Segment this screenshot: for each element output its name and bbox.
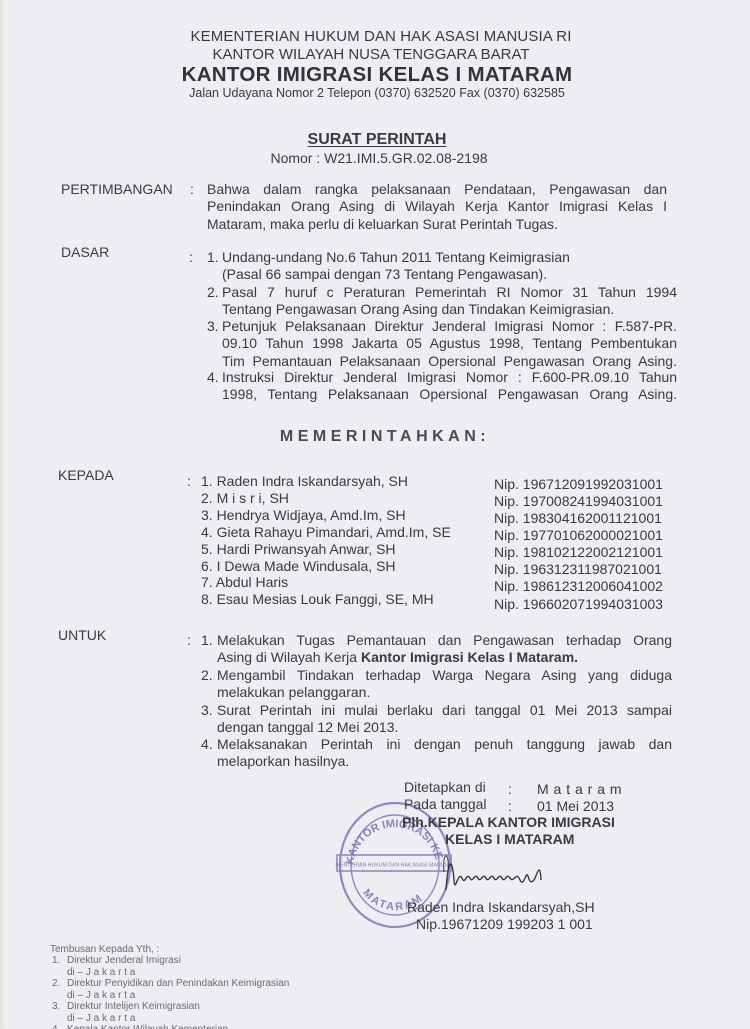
signer-name: Raden Indra Iskandarsyah,SH [407,899,595,915]
kepada-person-nip: Nip. 196712091992031001 [494,476,663,492]
tembusan-item-number: 1. [52,955,60,967]
dasar-item-2-text: Pasal 7 huruf c Peraturan Pemerintah RI … [222,284,677,319]
kepada-person-name: 7. Abdul Haris [201,574,288,590]
stamp-band-text: KEMENTERIAN HUKUM DAN HAK ASASI MANUSIA … [335,863,453,869]
memerintahkan-heading: MEMERINTAHKAN: [10,428,750,446]
office-name-inline: Kantor Imigrasi Kelas I Mataram. [361,649,578,665]
untuk-item-2: 2. [201,667,213,684]
kepada-person-name: 1. Raden Indra Iskandarsyah, SH [201,473,408,489]
dasar-item-3-text: Petunjuk Pelaksanaan Direktur Jenderal I… [222,318,677,370]
kepada-person-nip: Nip. 198102122002121001 [494,544,663,560]
date-value: 01 Mei 2013 [537,798,614,814]
dasar-item-4-text: Instruksi Direktur Jenderal Imigrasi Nom… [222,369,677,404]
dasar-item-4: 4. [207,369,219,386]
pertimbangan-colon: : [190,181,194,197]
tembusan-item-number: 3. [52,1001,60,1013]
date-label: Pada tanggal [404,796,487,812]
document-title: SURAT PERINTAH [2,131,750,149]
tembusan-item-location: di – J a k a r t a [67,967,135,979]
dasar-item-2: 2. [207,284,219,301]
handwritten-signature [440,850,560,900]
dasar-item-1: 1. [207,249,219,266]
tembusan-item-recipient: Direktur Jenderal Imigrasi [67,955,181,967]
dasar-colon: : [189,249,193,265]
kepada-person-name: 4. Gieta Rahayu Pimandari, Amd.Im, SE [201,524,451,540]
dasar-item-1-text: Undang-undang No.6 Tahun 2011 Tentang Ke… [222,249,677,284]
untuk-item-4-text: Melaksanakan Perintah ini dengan penuh t… [217,736,672,771]
kepada-person-nip: Nip. 196602071994031003 [494,596,663,612]
kepada-person-name: 3. Hendrya Widjaya, Amd.Im, SH [201,507,406,523]
untuk-item-1: 1. [201,632,213,649]
place-label: Ditetapkan di [404,779,486,795]
signer-nip: Nip.19671209 199203 1 001 [416,916,593,932]
tembusan-item-location: di – J a k a r t a [67,1013,135,1025]
tembusan-item-recipient: Direktur Intelijen Keimigrasian [67,1001,200,1013]
regional-office-name: KANTOR WILAYAH NUSA TENGGARA BARAT [0,46,746,63]
kepada-person-name: 5. Hardi Priwansyah Anwar, SH [201,541,396,557]
kepada-label: KEPADA [58,467,114,483]
kepada-person-nip: Nip. 198304162001121001 [494,510,662,526]
untuk-item-4: 4. [201,736,213,753]
untuk-colon: : [187,632,191,648]
tembusan-heading: Tembusan Kepada Yth, : [50,944,159,956]
date-colon: : [508,798,512,814]
tembusan-item-location: di – J a k a r t a [67,990,135,1002]
office-address: Jalan Udayana Nomor 2 Telepon (0370) 632… [2,86,750,100]
kepada-person-nip: Nip. 197008241994031001 [494,493,663,509]
pertimbangan-label: PERTIMBANGAN [61,181,173,197]
untuk-item-1-text: Melakukan Tugas Pemantauan dan Pengawasa… [217,632,672,667]
dasar-item-3: 3. [207,318,219,335]
tembusan-item-recipient: Kepala Kantor Wilayah Kementerian [67,1024,228,1029]
ministry-name: KEMENTERIAN HUKUM DAN HAK ASASI MANUSIA … [6,28,750,45]
untuk-item-3-text: Surat Perintah ini mulai berlaku dari ta… [217,702,672,737]
kepada-person-nip: Nip. 196312311987021001 [494,561,662,577]
kepada-person-nip: Nip. 197701062000021001 [494,527,663,543]
position-line-1: Plh.KEPALA KANTOR IMIGRASI [402,814,615,830]
untuk-item-3: 3. [201,702,213,719]
kepada-colon: : [187,473,191,489]
place-colon: : [508,781,512,797]
document-number: Nomor : W21.IMI.5.GR.02.08-2198 [4,150,750,166]
position-line-2: KELAS I MATARAM [445,831,574,847]
kepada-person-name: 2. M i s r i, SH [201,490,289,506]
kepada-person-name: 6. I Dewa Made Windusala, SH [201,558,396,574]
office-name: KANTOR IMIGRASI KELAS I MATARAM [2,63,750,87]
untuk-label: UNTUK [58,627,106,643]
tembusan-item-number: 2. [52,978,60,990]
untuk-item-2-text: Mengambil Tindakan terhadap Warga Negara… [217,667,672,702]
dasar-label: DASAR [61,244,109,260]
tembusan-item-number: 4. [52,1024,60,1029]
tembusan-item-recipient: Direktur Penyidikan dan Penindakan Keimi… [67,978,289,990]
place-value: M a t a r a m [537,781,622,797]
pertimbangan-text: Bahwa dalam rangka pelaksanaan Pendataan… [207,181,667,233]
kepada-person-nip: Nip. 198612312006041002 [494,578,663,594]
kepada-person-name: 8. Esau Mesias Louk Fanggi, SE, MH [201,591,434,607]
